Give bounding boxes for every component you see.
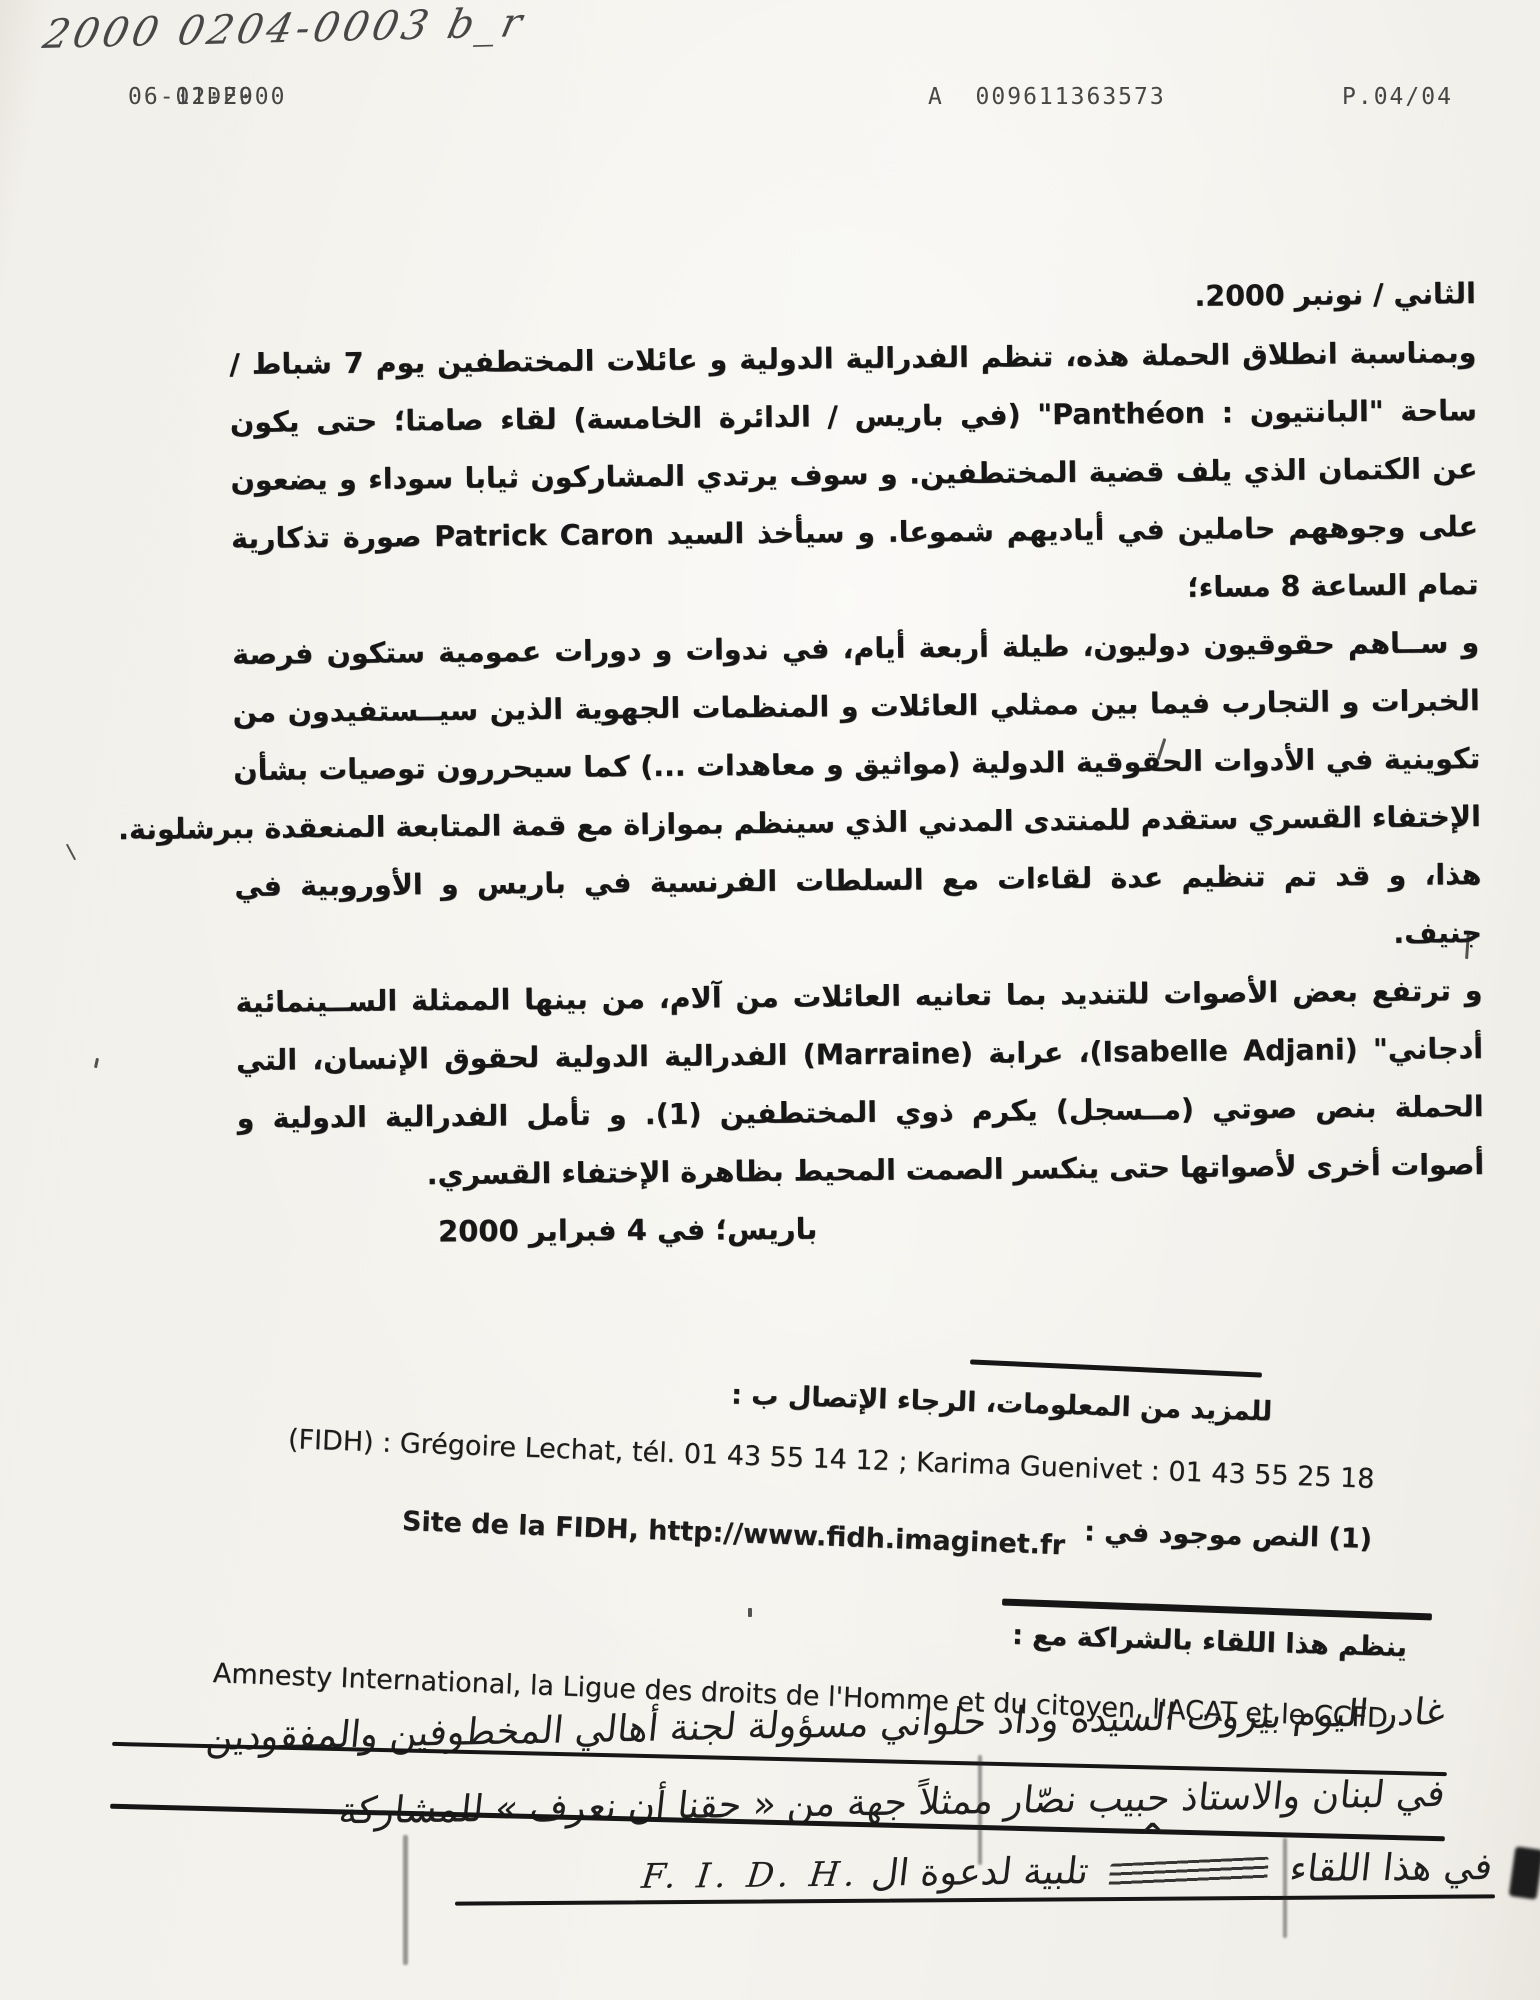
- handwritten-underline-3: [455, 1894, 1495, 1905]
- handwritten-underline-1: [112, 1742, 1447, 1776]
- paragraph-2: و ســاهم حقوقيون دوليون، طيلة أربعة أيام…: [232, 614, 1482, 974]
- fax-destination: A 009611363573: [928, 84, 976, 110]
- contact-intro: للمزيد من المعلومات، الرجاء الإتصال ب :: [730, 1380, 1272, 1428]
- fax-date-time: 06-02-2000 11:29 DE: [128, 84, 207, 110]
- paragraph-1: وبمناسبة انطلاق الحملة هذه، تنظم الفدرال…: [229, 324, 1479, 626]
- fax-number: 009611363573: [976, 84, 1166, 110]
- fidh-abbreviation: F. I. D. H.: [639, 1855, 862, 1897]
- paragraph-3: و ترتفع بعض الأصوات للتنديد بما تعانيه ا…: [235, 962, 1484, 1206]
- fax-header: 06-02-2000 11:29 DE A 009611363573 P.04/…: [0, 84, 1540, 114]
- scan-streak: [1283, 1838, 1287, 1938]
- scan-speck: [66, 844, 76, 861]
- scan-speck: [94, 1058, 99, 1068]
- body-line: هذا، و قد تم تنظيم عدة لقاءات مع السلطات…: [234, 846, 1481, 916]
- partnership-underline: [1002, 1598, 1432, 1620]
- handwritten-line-3: في هذا اللقاء تلبية لدعوة ال F. I. D. H.: [641, 1845, 1492, 1897]
- contact-underline: [970, 1359, 1262, 1377]
- scan-speck: [748, 1608, 752, 1617]
- handwritten-line-3-text: في هذا اللقاء تلبية لدعوة ال F. I. D. H.: [639, 1845, 1494, 1897]
- scan-streak: [978, 1755, 982, 1865]
- fax-to-label: A: [928, 84, 944, 110]
- scribbled-out-word: [1108, 1856, 1268, 1887]
- footnote-reference: (1) النص موجود في :: [1084, 1516, 1373, 1555]
- place-date-line: باريس؛ في 4 فبراير 2000: [438, 1212, 818, 1249]
- fax-page: 2000 0204-0003 b_r 06-02-2000 11:29 DE A…: [0, 0, 1540, 2000]
- fax-page-counter: P.04/04: [1342, 84, 1453, 110]
- body-line: أصوات أخرى لأصواتها حتى ينكسر الصمت المح…: [237, 1136, 1484, 1206]
- fax-de-label: DE: [207, 84, 239, 110]
- partnership-intro: ينظم هذا اللقاء بالشراكة مع :: [1012, 1620, 1408, 1663]
- scan-streak: [403, 1835, 408, 1965]
- scan-edge-smudge: [1509, 1846, 1540, 1899]
- fidh-website-line: Site de la FIDH, http://www.fidh.imagine…: [401, 1506, 1065, 1561]
- body-text: الثاني / نونبر 2000. وبمناسبة انطلاق الح…: [229, 272, 1485, 1206]
- fidh-contact-line: (FIDH) : Grégoire Lechat, tél. 01 43 55 …: [287, 1424, 1375, 1495]
- handwritten-reference: 2000 0204-0003 b_r: [39, 0, 530, 58]
